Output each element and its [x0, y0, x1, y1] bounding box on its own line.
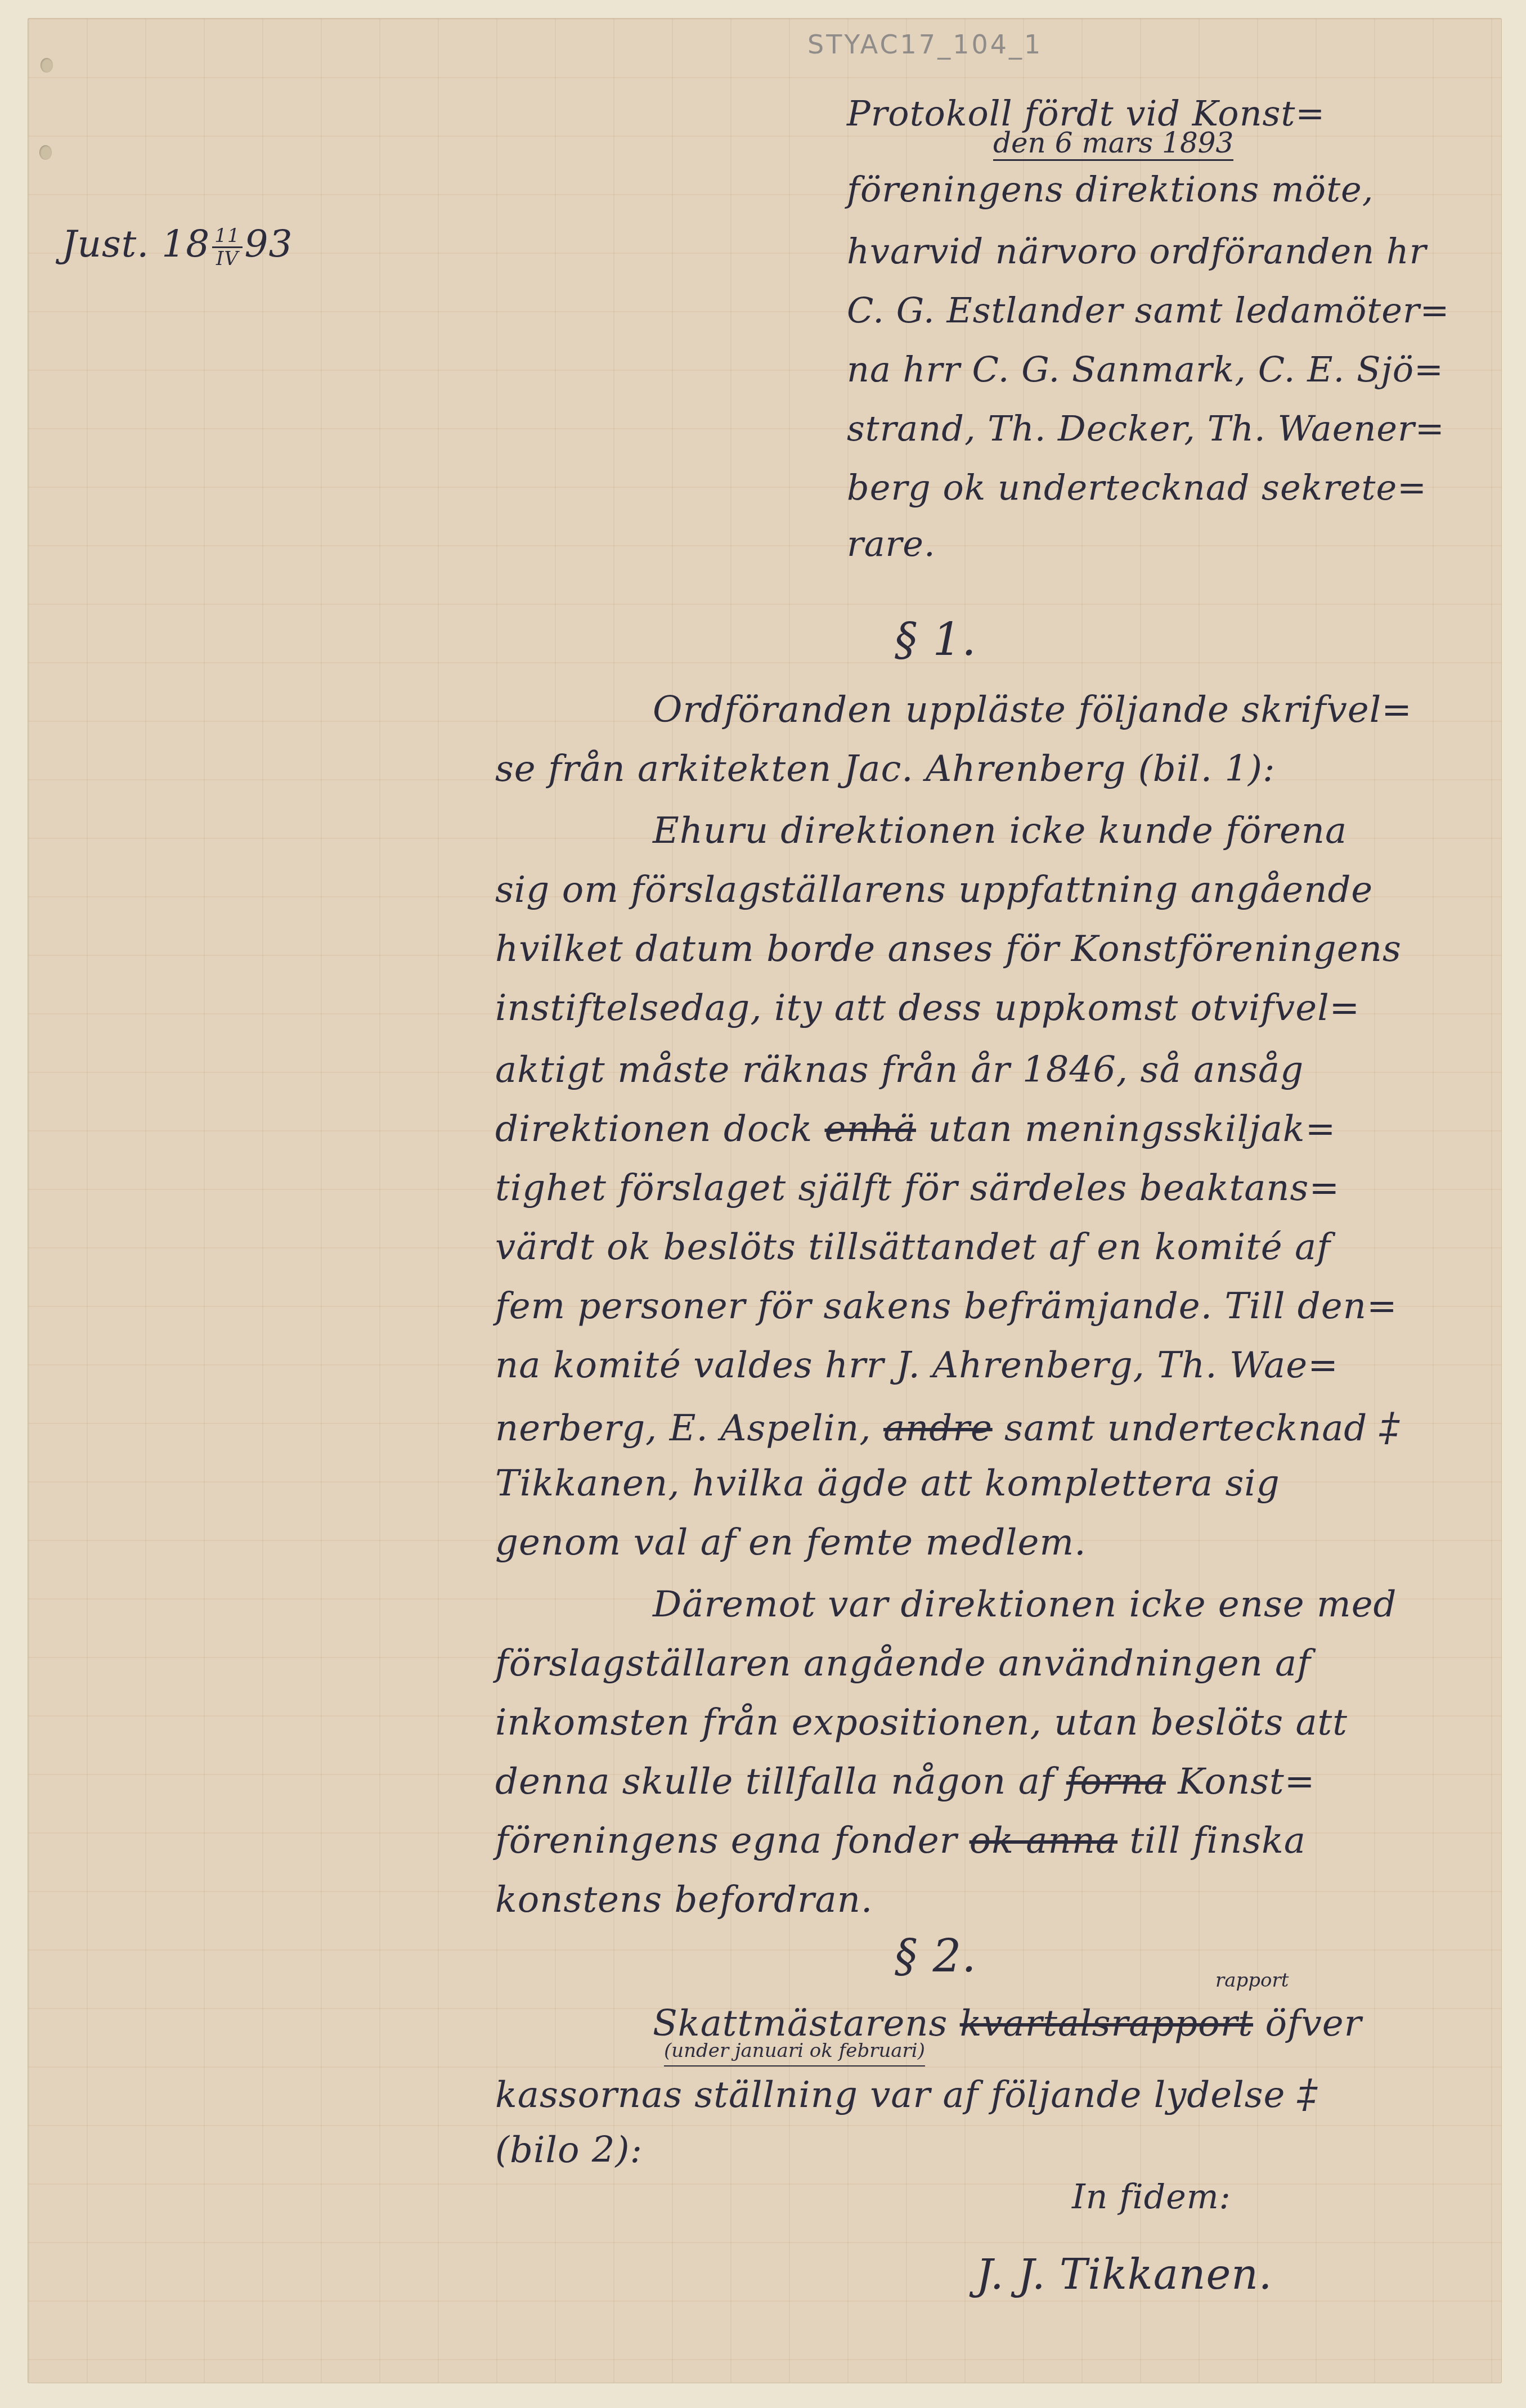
- inserted-word-above: rapport: [1215, 1969, 1289, 1992]
- body-line: Tikkanen, hvilka ägde att komplettera si…: [495, 1463, 1280, 1504]
- body-line: inkomsten från expositionen, utan beslöt…: [495, 1702, 1348, 1744]
- body-line: Ordföranden uppläste följande skrifvel=: [653, 689, 1412, 731]
- body-line: kassornas ställning var af följande lyde…: [495, 2070, 1318, 2117]
- body-line: Skattmästarens kvartalsrapport öfver: [653, 2003, 1362, 2045]
- header-line: C. G. Estlander samt ledamöter=: [847, 290, 1450, 331]
- section-heading-2: § 2.: [895, 1930, 977, 1982]
- body-line: nerberg, E. Aspelin, andre samt undertec…: [495, 1404, 1400, 1450]
- body-line: hvilket datum borde anses för Konstfören…: [495, 928, 1402, 970]
- insertion-mark: ‡: [1380, 1404, 1400, 1450]
- header-line: rare.: [847, 523, 936, 564]
- body-line: fem personer för sakens befrämjande. Til…: [495, 1286, 1398, 1327]
- margin-note-prefix: Just. 18: [62, 222, 210, 266]
- section-heading-1: § 1.: [895, 613, 977, 666]
- body-line: sig om förslagställarens uppfattning ang…: [495, 869, 1373, 911]
- inserted-phrase-between-lines: (under januari ok februari): [664, 2039, 925, 2066]
- body-line: Däremot var direktionen icke ense med: [653, 1584, 1397, 1625]
- signature-intro: In fidem:: [1072, 2177, 1231, 2217]
- body-line: direktionen dock enhä utan meningsskilja…: [495, 1108, 1336, 1150]
- body-line: na komité valdes hrr J. Ahrenberg, Th. W…: [495, 1345, 1339, 1386]
- header-line: strand, Th. Decker, Th. Waener=: [847, 408, 1445, 449]
- header-line: hvarvid närvoro ordföranden hr: [847, 231, 1426, 272]
- struck-word: andre: [883, 1408, 993, 1449]
- margin-note-year: 93: [245, 222, 293, 266]
- margin-note-date-fraction: 11IV: [212, 225, 242, 269]
- body-line: se från arkitekten Jac. Ahrenberg (bil. …: [495, 748, 1276, 790]
- header-line: berg ok undertecknad sekrete=: [847, 467, 1427, 508]
- body-line: (bilo 2):: [495, 2130, 643, 2171]
- punch-hole: [39, 145, 52, 160]
- body-line: instiftelsedag, ity att dess uppkomst ot…: [495, 987, 1360, 1029]
- body-line: förslagställaren angående användningen a…: [495, 1643, 1311, 1684]
- body-line: värdt ok beslöts tillsättandet af en kom…: [495, 1227, 1331, 1268]
- body-line: tighet förslaget själft för särdeles bea…: [495, 1167, 1340, 1209]
- insertion-mark: ‡: [1298, 2070, 1318, 2117]
- body-line: Ehuru direktionen icke kunde förena: [653, 810, 1347, 852]
- header-line: föreningens direktions möte,: [847, 169, 1374, 210]
- body-line: aktigt måste räknas från år 1846, så ans…: [495, 1049, 1304, 1091]
- body-line: föreningens egna fonder ok anna till fin…: [495, 1820, 1306, 1862]
- body-line: genom val af en femte medlem.: [495, 1522, 1086, 1564]
- margin-approval-note: Just. 1811IV93: [62, 222, 293, 269]
- struck-word: kvartalsrapport: [960, 2003, 1253, 2045]
- punch-hole: [41, 58, 53, 73]
- struck-word: enhä: [825, 1108, 916, 1150]
- struck-word: ok anna: [970, 1820, 1117, 1862]
- body-line: denna skulle tillfalla någon af forna Ko…: [495, 1761, 1315, 1803]
- archive-id-pencil: STYAC17_104_1: [807, 29, 1043, 60]
- body-line: konstens befordran.: [495, 1879, 873, 1921]
- header-line: na hrr C. G. Sanmark, C. E. Sjö=: [847, 349, 1444, 390]
- date-insertion: den 6 mars 1893: [993, 127, 1233, 161]
- struck-word: forna: [1066, 1761, 1166, 1803]
- signature-name: J. J. Tikkanen.: [976, 2250, 1272, 2299]
